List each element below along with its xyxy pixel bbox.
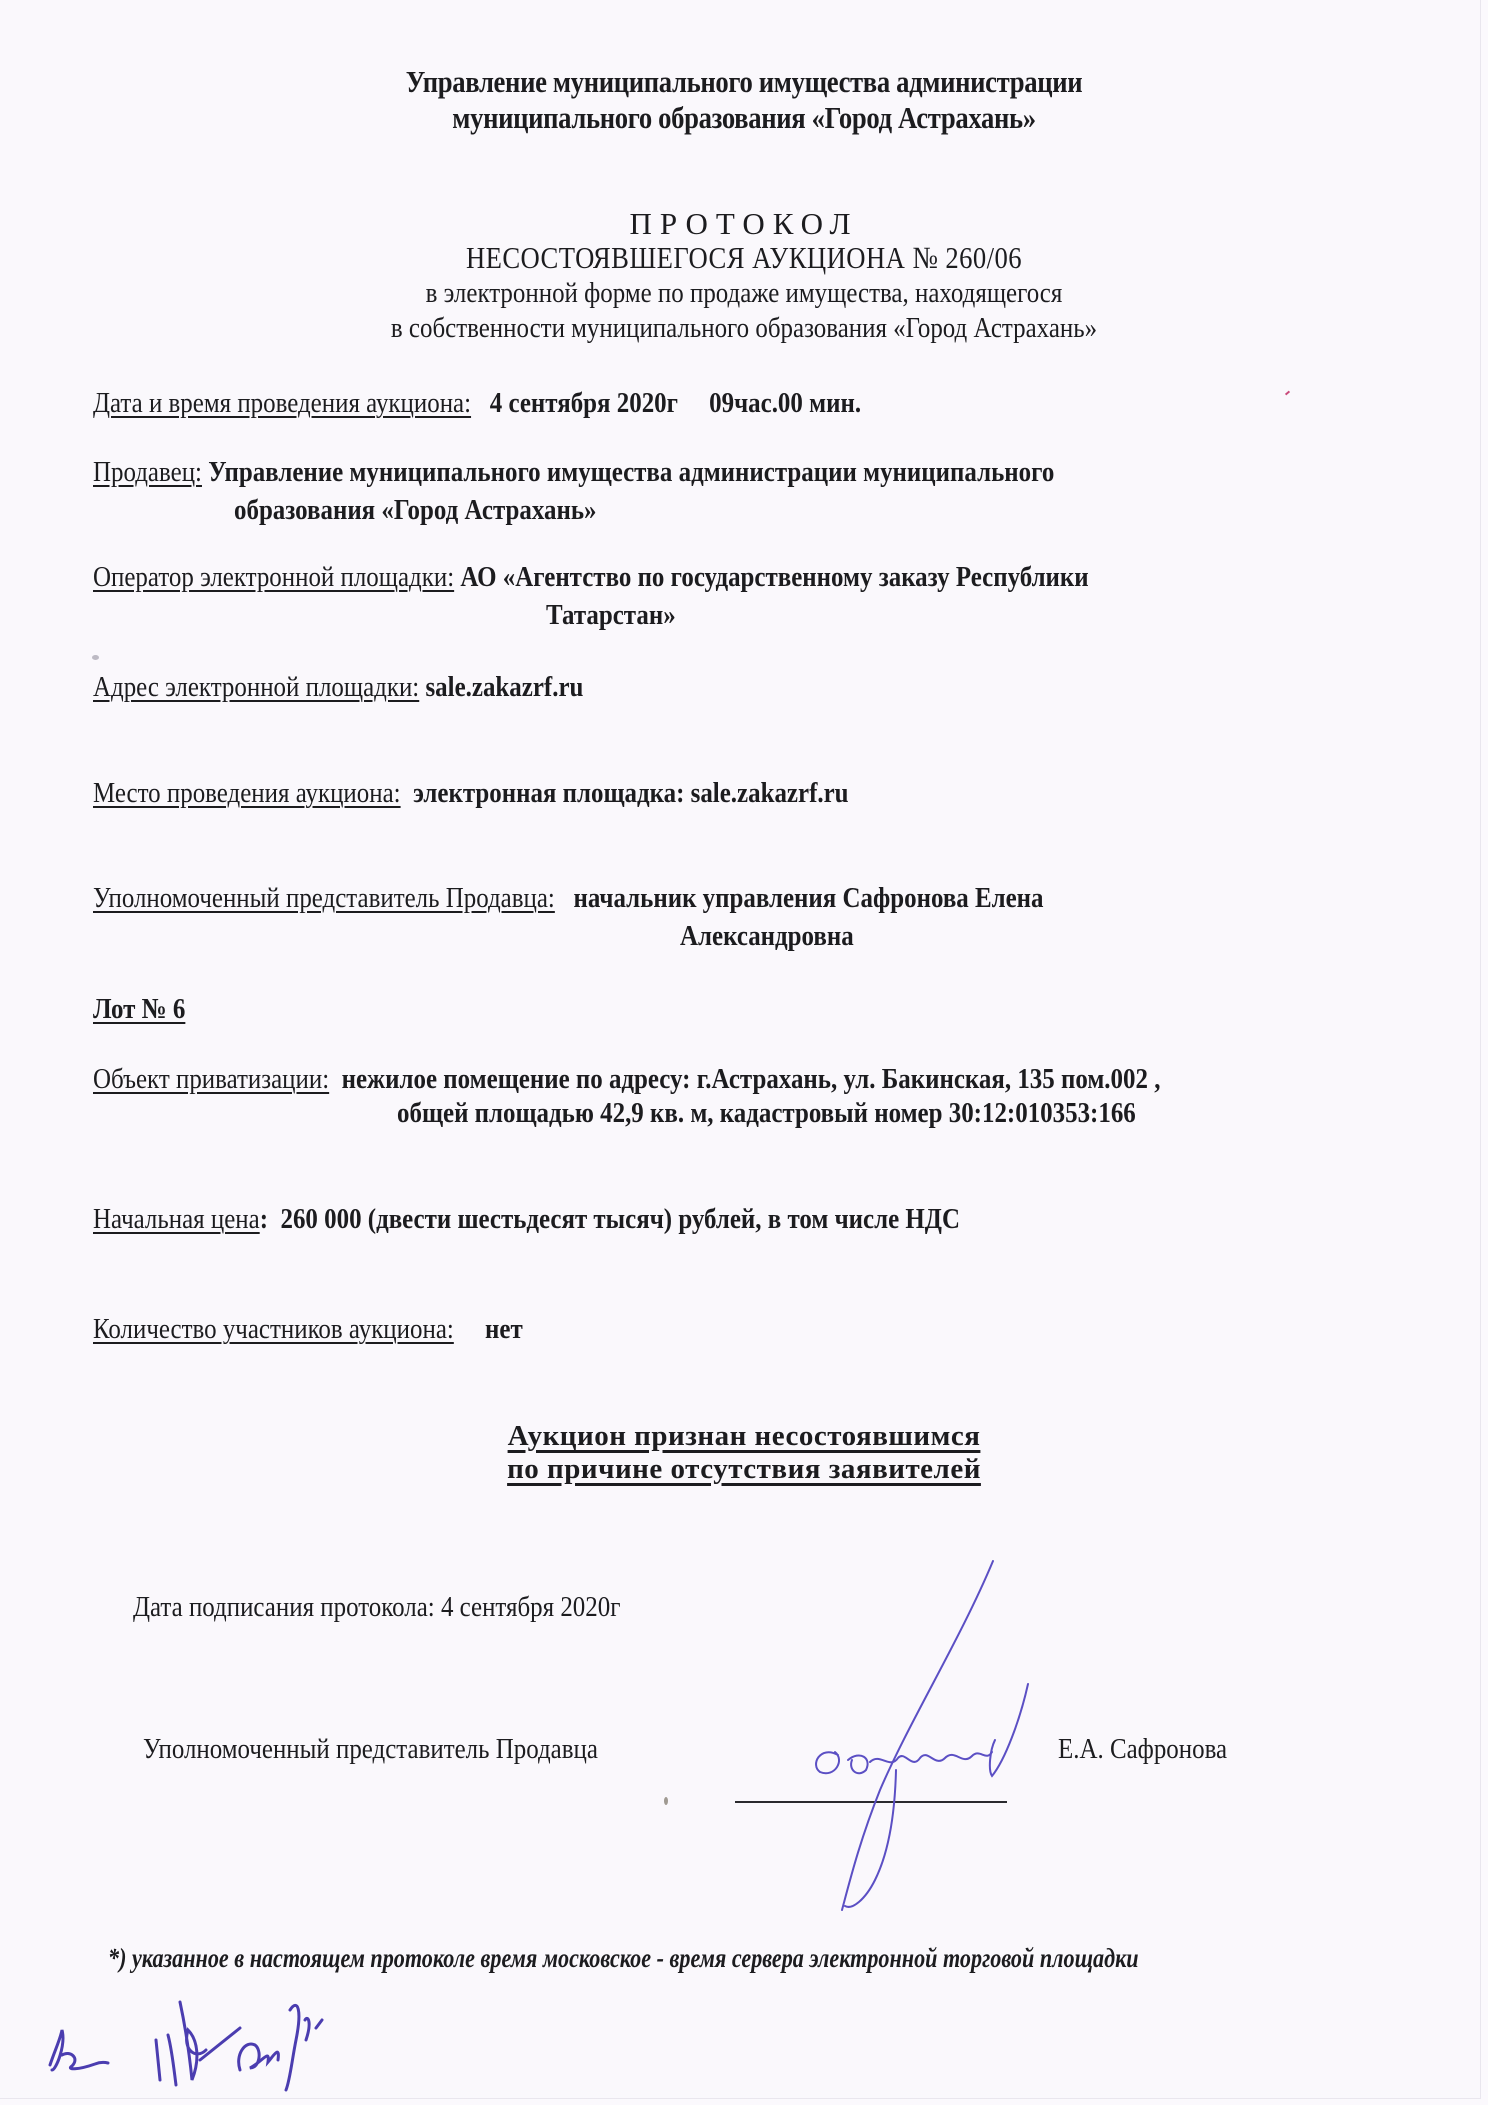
initials-signatures-icon — [0, 0, 1488, 2105]
scan-speck — [92, 655, 99, 660]
document-page: Управление муниципального имущества адми… — [0, 0, 1481, 2099]
scan-speck — [664, 1797, 668, 1805]
